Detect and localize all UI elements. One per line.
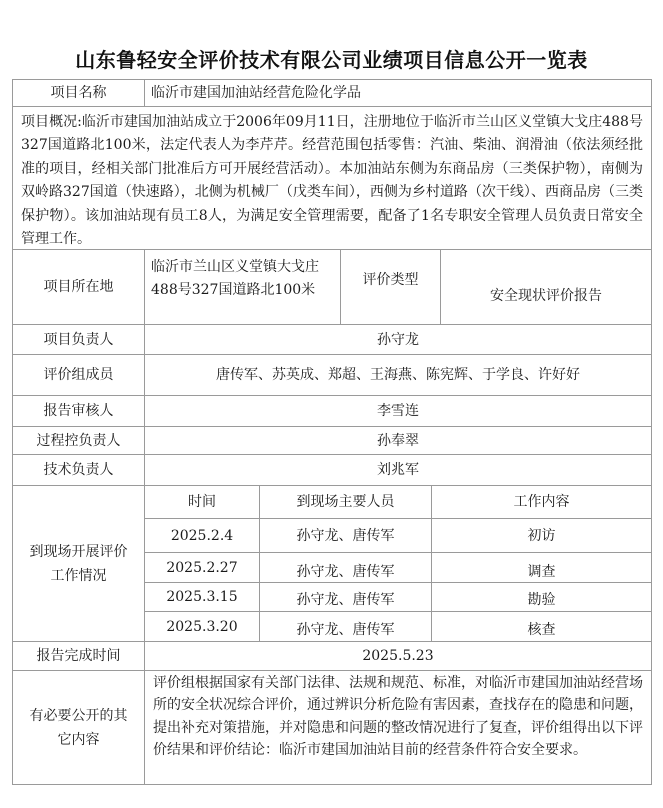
technical-leader-label: 技术负责人 [12,454,145,486]
other-content-value: 评价组根据国家有关部门法律、法规和规范、标准，对临沂市建国加油站经营场所的安全状… [144,670,652,785]
process-controller-label: 过程控负责人 [12,426,145,455]
site-work-date: 2025.2.27 [144,552,260,583]
team-members-label: 评价组成员 [12,354,145,396]
project-name-label: 项目名称 [12,79,145,107]
site-work-label: 到现场开展评价工作情况 [12,485,145,642]
project-overview: 项目概况:临沂市建国加油站成立于2006年09月11日，注册地位于临沂市兰山区义… [12,106,652,250]
location-label: 项目所在地 [12,249,145,325]
project-leader-label: 项目负责人 [12,324,145,355]
report-completion-value: 2025.5.23 [144,641,652,671]
project-name-value: 临沂市建国加油站经营危险化学品 [144,79,652,107]
site-work-content: 核查 [431,611,652,642]
evaluation-type-value: 安全现状评价报告 [440,249,652,325]
team-members-value: 唐传军、苏英成、郑超、王海燕、陈宪辉、于学良、许好好 [144,354,652,396]
site-work-date: 2025.2.4 [144,518,260,553]
site-work-header-content: 工作内容 [431,485,652,519]
page-title: 山东鲁轻安全评价技术有限公司业绩项目信息公开一览表 [0,44,663,73]
other-content-label: 有必要公开的其它内容 [12,670,145,785]
report-reviewer-label: 报告审核人 [12,395,145,427]
site-work-staff: 孙守龙、唐传军 [259,582,432,612]
project-leader-value: 孙守龙 [144,324,652,355]
site-work-staff: 孙守龙、唐传军 [259,552,432,583]
site-work-header-date: 时间 [144,485,260,519]
report-reviewer-value: 李雪连 [144,395,652,427]
site-work-content: 调查 [431,552,652,583]
technical-leader-value: 刘兆军 [144,454,652,486]
location-text: 临沂市兰山区义堂镇大戈庄488号327国道路北100米 [151,256,334,302]
process-controller-value: 孙奉翠 [144,426,652,455]
site-work-content: 初访 [431,518,652,553]
evaluation-type-label: 评价类型 [340,249,441,325]
site-work-staff: 孙守龙、唐传军 [259,518,432,553]
site-work-date: 2025.3.15 [144,582,260,612]
site-work-staff: 孙守龙、唐传军 [259,611,432,642]
report-completion-label: 报告完成时间 [12,641,145,671]
site-work-content: 勘验 [431,582,652,612]
location-value: 临沂市兰山区义堂镇大戈庄488号327国道路北100米 [144,249,341,325]
site-work-header-staff: 到现场主要人员 [259,485,432,519]
site-work-date: 2025.3.20 [144,611,260,642]
